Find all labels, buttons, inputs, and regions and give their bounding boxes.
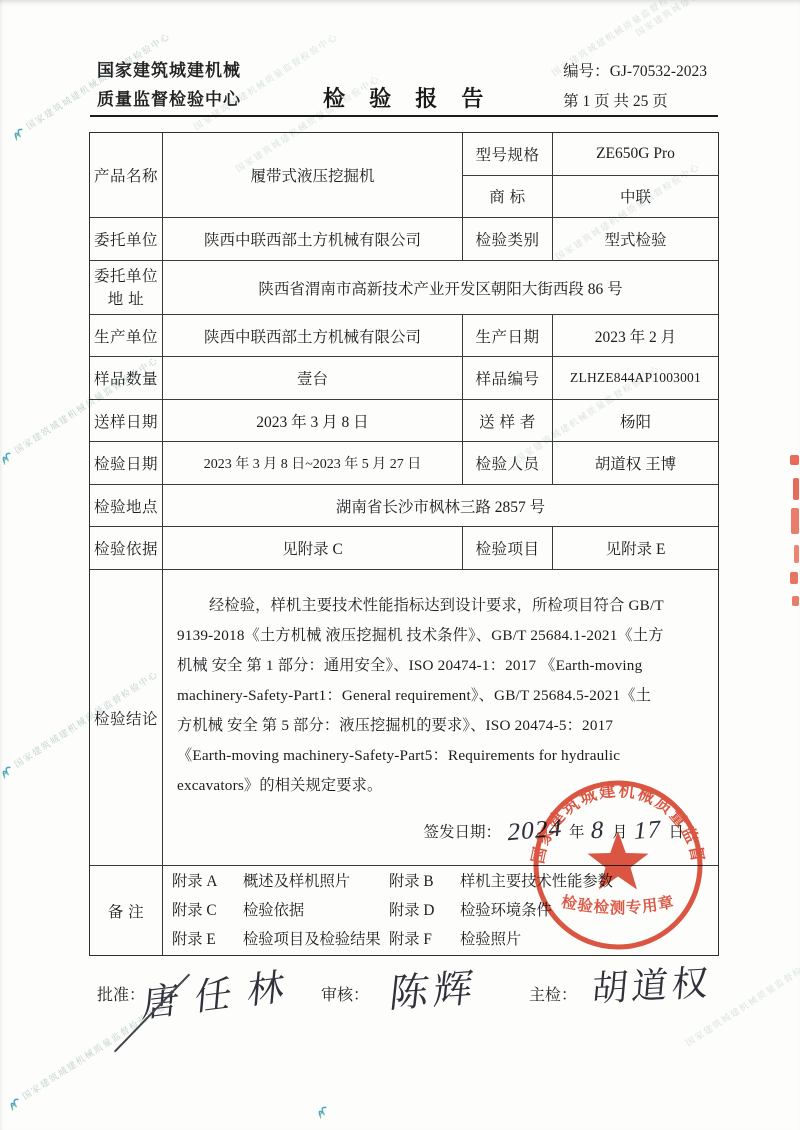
- table-row: 送样日期 2023 年 3 月 8 日 送 样 者 杨阳: [90, 400, 718, 442]
- appendix-row: 附录 C检验依据 附录 D检验环境条件: [172, 900, 718, 922]
- table-row: 生产单位 陕西中联西部土方机械有限公司 生产日期 2023 年 2 月: [90, 315, 718, 357]
- appendix-row: 附录 E检验项目及检验结果 附录 F检验照片: [172, 929, 718, 951]
- table-row: 检验依据 见附录 C 检验项目 见附录 E: [90, 527, 718, 570]
- basis-label: 检验依据: [90, 527, 163, 569]
- brand-label: 商 标: [463, 176, 553, 218]
- conclusion-line: machinery-Safety-Part1：General requireme…: [177, 681, 706, 711]
- approve-signature: 唐任林: [140, 954, 303, 1028]
- table-row: 备 注 附录 A概述及样机照片 附录 B样机主要技术性能参数 附录 C检验依据 …: [90, 866, 718, 955]
- sample-no-label: 样品编号: [463, 357, 553, 399]
- inspection-date-value: 2023 年 3 月 8 日~2023 年 5 月 27 日: [163, 442, 463, 484]
- sender-value: 杨阳: [553, 400, 718, 441]
- edge-stamp-fragment: [793, 478, 799, 500]
- edge-stamp-fragment: [790, 455, 799, 465]
- client-label: 委托单位: [90, 218, 163, 260]
- watermark-logo-icon: [8, 122, 29, 143]
- org-name-line2: 质量监督检验中心: [97, 85, 241, 114]
- table-row: 检验日期 2023 年 3 月 8 日~2023 年 5 月 27 日 检验人员…: [90, 442, 718, 485]
- inspection-date-label: 检验日期: [90, 442, 163, 484]
- inspection-type-label: 检验类别: [463, 218, 553, 260]
- watermark-logo-icon: [312, 1100, 333, 1121]
- client-address-value: 陕西省渭南市高新技术产业开发区朝阳大街西段 86 号: [163, 261, 718, 314]
- appendix-text: 检验环境条件: [460, 900, 552, 922]
- appendix-code: 附录 F: [389, 929, 447, 951]
- appendix-text: 检验照片: [460, 929, 521, 951]
- report-meta: 编号：GJ-70532-2023 第 1 页 共 25 页: [563, 57, 707, 117]
- edge-stamp-fragment: [791, 508, 799, 534]
- watermark-logo-icon: [0, 446, 17, 467]
- page-title: 检 验 报 告: [323, 82, 492, 113]
- sign-date-year-handwritten: 2024: [506, 815, 564, 848]
- watermark-logo-icon: [4, 1092, 25, 1113]
- manufacturer-value: 陕西中联西部土方机械有限公司: [163, 315, 463, 356]
- appendix-text: 检验依据: [243, 900, 304, 922]
- edge-stamp-fragment: [792, 596, 799, 606]
- table-row: 产品名称 履带式液压挖掘机 型号规格 ZE650G Pro 商 标 中联: [90, 133, 718, 218]
- remarks-label: 备 注: [90, 866, 163, 955]
- sign-date-label: 签发日期：: [423, 820, 501, 842]
- org-name-line1: 国家建筑城建机械: [97, 56, 241, 85]
- table-row: 委托单位 地 址 陕西省渭南市高新技术产业开发区朝阳大街西段 86 号: [90, 261, 718, 315]
- conclusion-line: 9139-2018《土方机械 液压挖掘机 技术条件》、GB/T 25684.1-…: [177, 621, 706, 651]
- approve-label: 批准：: [97, 982, 145, 1005]
- header-rule: [90, 115, 718, 117]
- items-label: 检验项目: [463, 527, 553, 569]
- appendix-text: 检验项目及检验结果: [243, 929, 381, 951]
- table-row: 样品数量 壹台 样品编号 ZLHZE844AP1003001: [90, 357, 718, 400]
- appendix-row: 附录 A概述及样机照片 附录 B样机主要技术性能参数: [172, 871, 718, 893]
- sender-label: 送 样 者: [463, 400, 553, 441]
- conclusion-label: 检验结论: [90, 570, 163, 865]
- page-number: 第 1 页 共 25 页: [563, 87, 707, 117]
- conclusion-cell: 经检验，样机主要技术性能指标达到设计要求，所检项目符合 GB/T 9139-20…: [163, 570, 718, 865]
- appendix-code: 附录 E: [172, 929, 230, 951]
- appendix-text: 样机主要技术性能参数: [460, 871, 613, 893]
- production-date-label: 生产日期: [463, 315, 553, 356]
- sign-date-day-handwritten: 17: [633, 816, 664, 846]
- product-name-value: 履带式液压挖掘机: [163, 133, 463, 217]
- watermark-logo-icon: [0, 760, 17, 781]
- review-signature: 陈辉: [387, 957, 481, 1020]
- model-value: ZE650G Pro: [553, 133, 718, 175]
- product-name-label: 产品名称: [90, 133, 163, 217]
- manufacturer-label: 生产单位: [90, 315, 163, 356]
- edge-stamp-fragment: [794, 545, 799, 563]
- appendix-code: 附录 A: [172, 871, 230, 893]
- delivery-date-value: 2023 年 3 月 8 日: [163, 400, 463, 441]
- table-row: 检验地点 湖南省长沙市枫林三路 2857 号: [90, 485, 718, 527]
- chief-label: 主检：: [529, 982, 577, 1005]
- table-row: 型号规格 ZE650G Pro: [463, 133, 718, 176]
- table-row: 商 标 中联: [463, 176, 718, 218]
- brand-value: 中联: [553, 176, 718, 218]
- table-row: 检验结论 经检验，样机主要技术性能指标达到设计要求，所检项目符合 GB/T 91…: [90, 570, 718, 866]
- sign-date-month-handwritten: 8: [590, 816, 607, 845]
- appendix-code: 附录 B: [389, 871, 447, 893]
- basis-value: 见附录 C: [163, 527, 463, 569]
- report-number: 编号：GJ-70532-2023: [563, 57, 707, 87]
- conclusion-line: 经检验，样机主要技术性能指标达到设计要求，所检项目符合 GB/T: [177, 591, 706, 621]
- inspection-type-value: 型式检验: [553, 218, 718, 260]
- report-page: 国家建筑城建机械质量监督检验中心 国家建筑城建机械质量监督检验中心 国家建筑城建…: [0, 0, 800, 1130]
- model-brand-stack: 型号规格 ZE650G Pro 商 标 中联: [463, 133, 718, 217]
- sample-no-value: ZLHZE844AP1003001: [553, 357, 718, 399]
- org-name: 国家建筑城建机械 质量监督检验中心: [97, 56, 241, 114]
- delivery-date-label: 送样日期: [90, 400, 163, 441]
- watermark: [312, 1100, 333, 1121]
- inspectors-value: 胡道权 王博: [553, 442, 718, 484]
- conclusion-line: 《Earth-moving machinery-Safety-Part5：Req…: [177, 741, 706, 771]
- conclusion-line: excavators》的相关规定要求。: [177, 771, 706, 801]
- production-date-value: 2023 年 2 月: [553, 315, 718, 356]
- items-value: 见附录 E: [553, 527, 718, 569]
- conclusion-line: 机械 安全 第 1 部分：通用安全》、ISO 20474-1：2017 《Ear…: [177, 651, 706, 681]
- review-label: 审核：: [321, 982, 369, 1005]
- sample-qty-value: 壹台: [163, 357, 463, 399]
- report-table: 产品名称 履带式液压挖掘机 型号规格 ZE650G Pro 商 标 中联 委托单…: [89, 132, 719, 956]
- location-label: 检验地点: [90, 485, 163, 526]
- table-row: 委托单位 陕西中联西部土方机械有限公司 检验类别 型式检验: [90, 218, 718, 261]
- conclusion-line: 方机械 安全 第 5 部分：液压挖掘机的要求》、ISO 20474-5：2017: [177, 711, 706, 741]
- sample-qty-label: 样品数量: [90, 357, 163, 399]
- appendix-text: 概述及样机照片: [243, 871, 350, 893]
- client-value: 陕西中联西部土方机械有限公司: [163, 218, 463, 260]
- model-label: 型号规格: [463, 133, 553, 175]
- appendix-code: 附录 C: [172, 900, 230, 922]
- chief-signature: 胡道权: [590, 955, 714, 1013]
- watermark: 国家建筑城建机械质量监督检验中心: [633, 0, 782, 39]
- sign-date: 签发日期： 2024 年 8 月 17 日: [423, 817, 706, 845]
- client-address-label: 委托单位 地 址: [90, 261, 163, 314]
- remarks-cell: 附录 A概述及样机照片 附录 B样机主要技术性能参数 附录 C检验依据 附录 D…: [163, 866, 718, 955]
- edge-stamp-fragment: [790, 572, 798, 584]
- appendix-code: 附录 D: [389, 900, 447, 922]
- inspectors-label: 检验人员: [463, 442, 553, 484]
- location-value: 湖南省长沙市枫林三路 2857 号: [163, 485, 718, 526]
